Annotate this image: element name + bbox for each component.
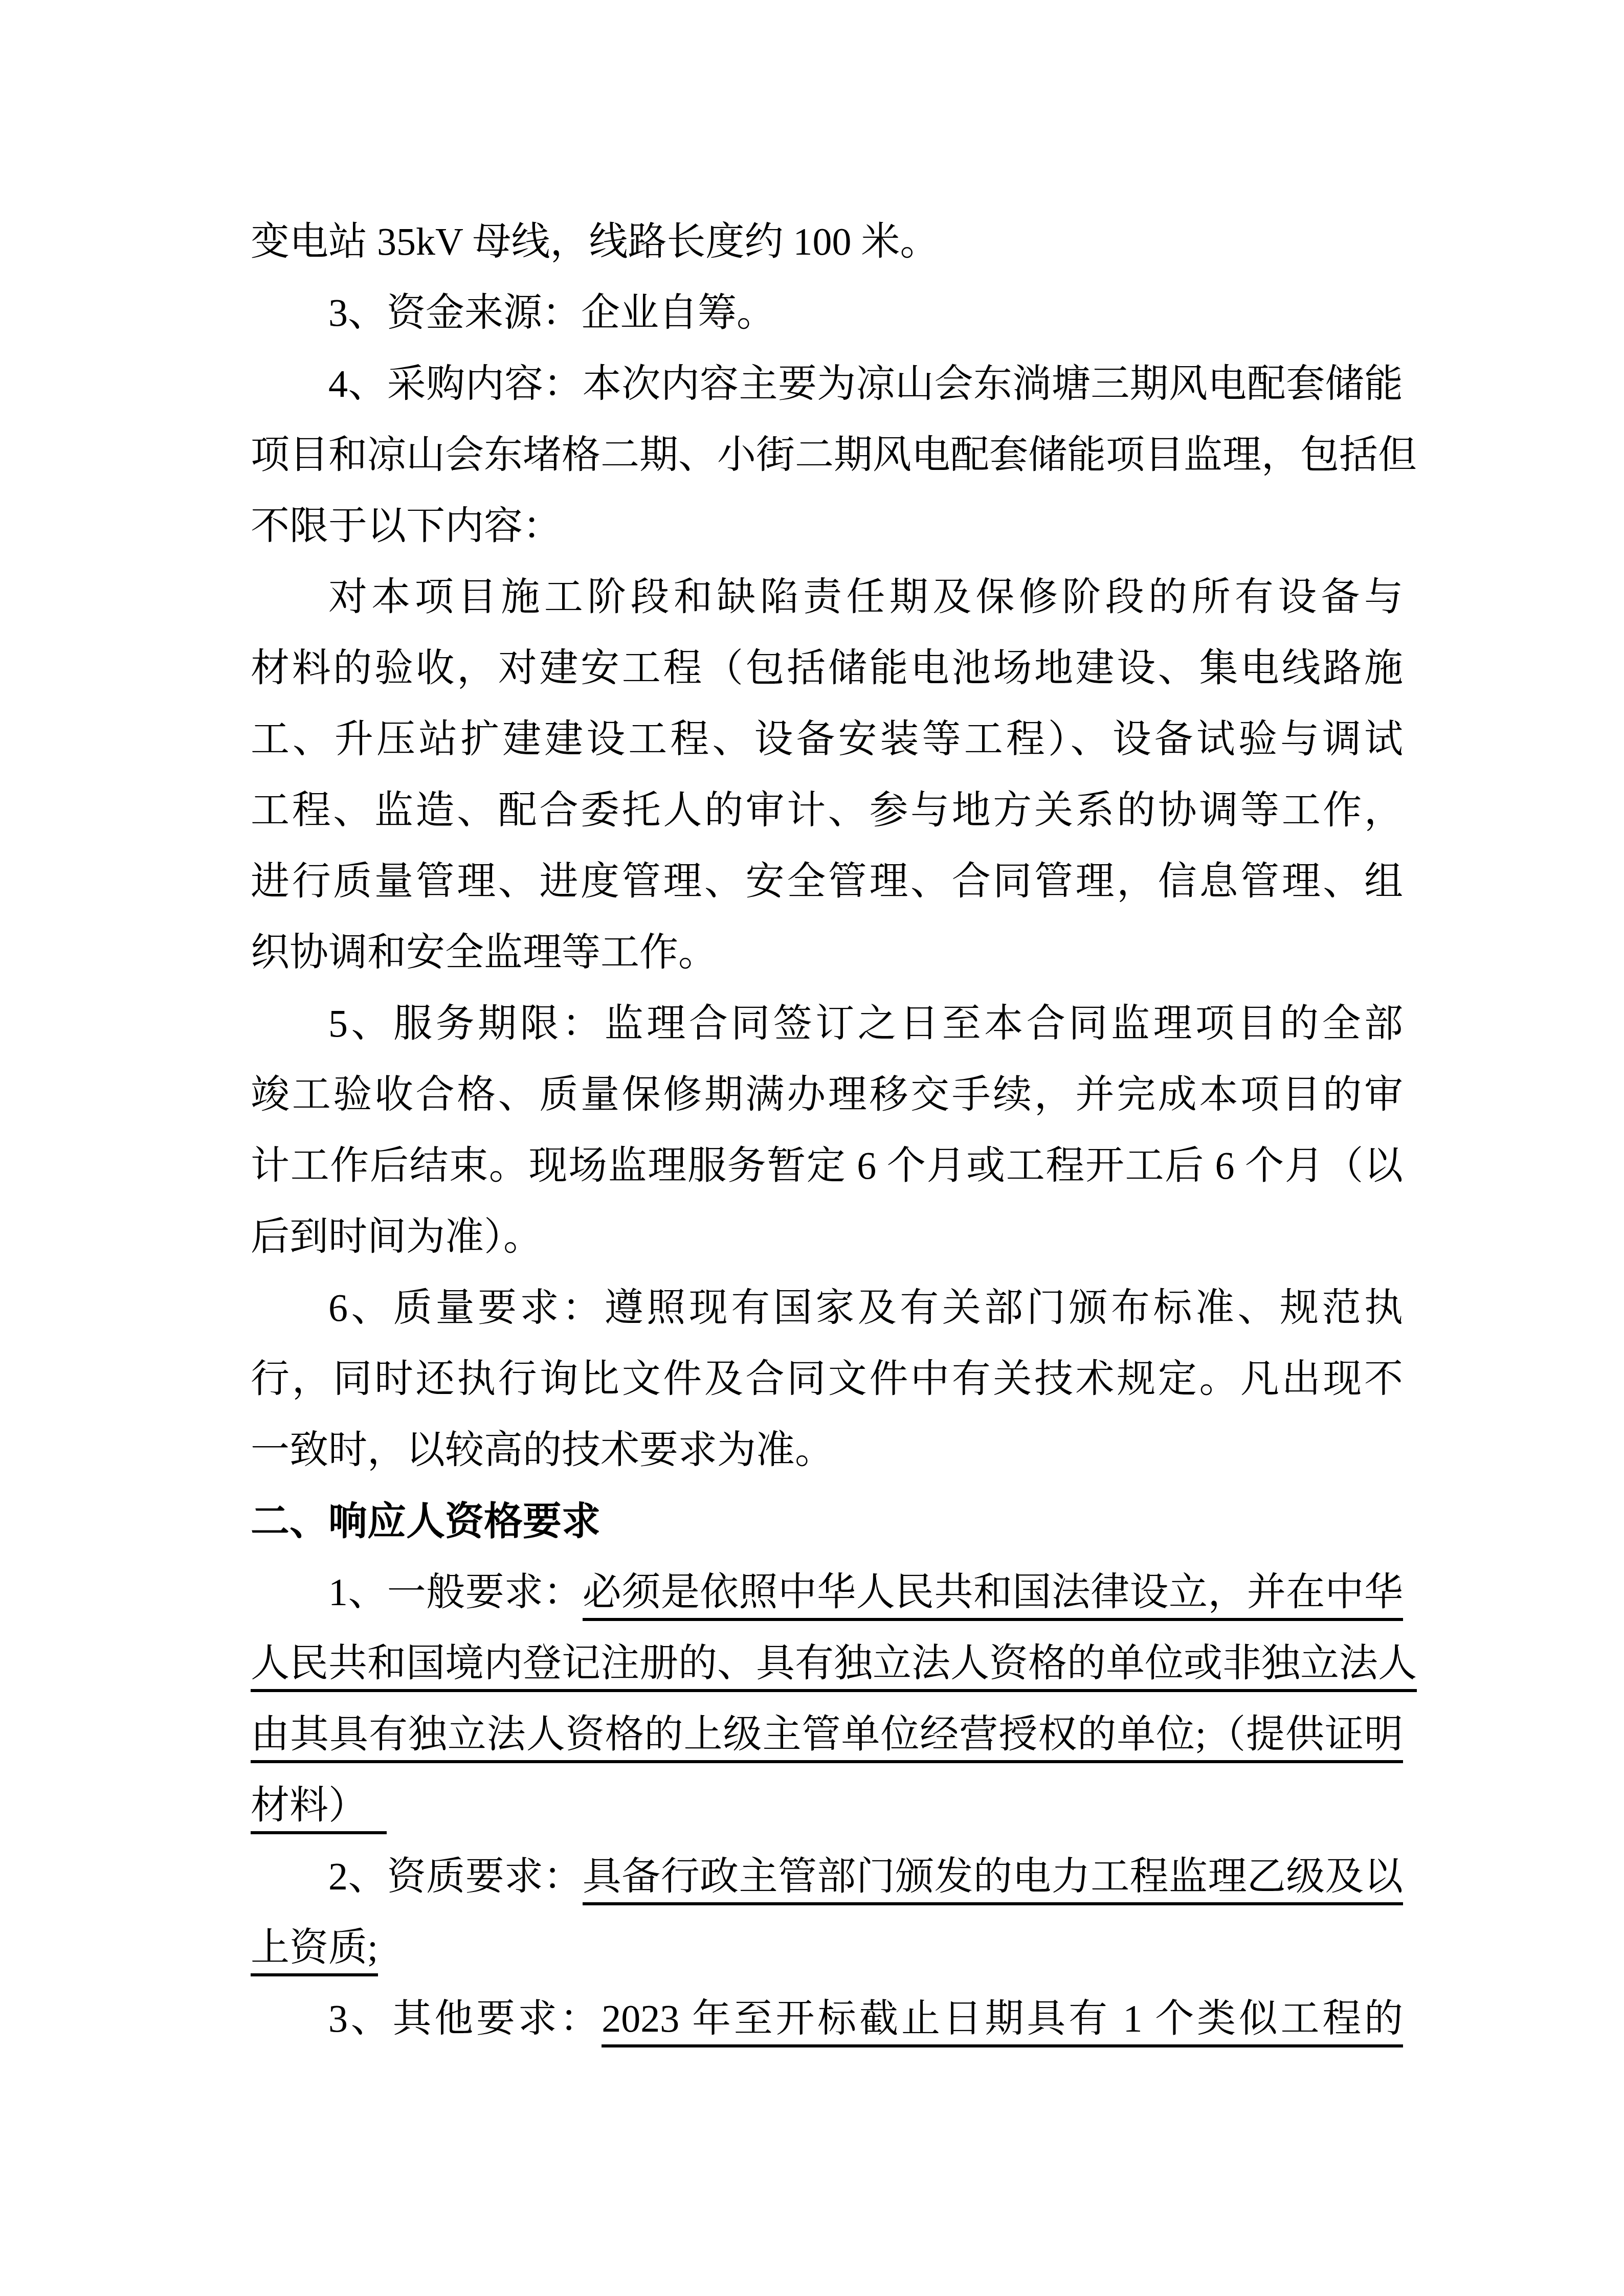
text-line: 行，同时还执行询比文件及合同文件中有关技术规定。凡出现不 <box>251 1344 1403 1415</box>
text-line: 工程、监造、配合委托人的审计、参与地方关系的协调等工作， <box>251 775 1403 846</box>
text-segment: 竣工验收合格、质量保修期满办理移交手续，并完成本项目的审 <box>251 1073 1403 1116</box>
text-line: 1、一般要求：必须是依照中华人民共和国法律设立，并在中华 <box>251 1557 1403 1628</box>
text-line: 工、升压站扩建建设工程、设备安装等工程）、设备试验与调试 <box>251 704 1403 775</box>
text-segment: 1、一般要求： <box>328 1571 583 1614</box>
text-line: 计工作后结束。现场监理服务暂定 6 个月或工程开工后 6 个月（以 <box>251 1131 1403 1202</box>
text-line: 4、采购内容：本次内容主要为凉山会东淌塘三期风电配套储能 <box>251 349 1403 420</box>
text-segment: 计工作后结束。现场监理服务暂定 6 个月或工程开工后 6 个月（以 <box>251 1144 1403 1187</box>
section-heading: 二、响应人资格要求 <box>251 1486 1403 1557</box>
text-segment: 后到时间为准）。 <box>251 1215 542 1258</box>
text-segment: 不限于以下内容： <box>251 505 562 548</box>
text-line: 5、服务期限：监理合同签订之日至本合同监理项目的全部 <box>251 988 1403 1060</box>
text-segment: 4、采购内容：本次内容主要为凉山会东淌塘三期风电配套储能 <box>328 363 1403 406</box>
text-line: 材料） <box>251 1770 1403 1841</box>
text-line: 3、其他要求：2023 年至开标截止日期具有 1 个类似工程的 <box>251 1984 1403 2055</box>
text-segment: 二、响应人资格要求 <box>251 1500 600 1543</box>
underlined-text-segment: 2023 年至开标截止日期具有 1 个类似工程的 <box>602 1997 1403 2047</box>
text-segment: 一致时，以较高的技术要求为准。 <box>251 1429 834 1472</box>
underlined-text-segment: 材料） <box>251 1784 387 1834</box>
text-line: 材料的验收，对建安工程（包括储能电池场地建设、集电线路施 <box>251 633 1403 704</box>
text-line: 6、质量要求：遵照现有国家及有关部门颁布标准、规范执 <box>251 1273 1403 1344</box>
text-segment: 进行质量管理、进度管理、安全管理、合同管理，信息管理、组 <box>251 860 1403 903</box>
text-line: 后到时间为准）。 <box>251 1202 1403 1273</box>
text-segment: 5、服务期限：监理合同签订之日至本合同监理项目的全部 <box>328 1002 1403 1045</box>
underlined-text-segment: 必须是依照中华人民共和国法律设立，并在中华 <box>583 1571 1403 1621</box>
text-segment: 变电站 35kV 母线，线路长度约 100 米。 <box>251 220 939 263</box>
text-segment: 材料的验收，对建安工程（包括储能电池场地建设、集电线路施 <box>251 647 1403 690</box>
underlined-text-segment: 上资质; <box>251 1926 378 1976</box>
text-segment: 2、资质要求： <box>328 1855 583 1898</box>
text-line: 2、资质要求：具备行政主管部门颁发的电力工程监理乙级及以 <box>251 1841 1403 1912</box>
text-line: 竣工验收合格、质量保修期满办理移交手续，并完成本项目的审 <box>251 1060 1403 1131</box>
text-segment: 行，同时还执行询比文件及合同文件中有关技术规定。凡出现不 <box>251 1358 1403 1401</box>
text-segment: 项目和凉山会东堵格二期、小街二期风电配套储能项目监理，包括但 <box>251 434 1417 477</box>
text-line: 项目和凉山会东堵格二期、小街二期风电配套储能项目监理，包括但 <box>251 420 1403 491</box>
text-line: 上资质; <box>251 1912 1403 1984</box>
text-line: 变电站 35kV 母线，线路长度约 100 米。 <box>251 207 1403 278</box>
text-segment: 3、其他要求： <box>328 1997 602 2040</box>
text-line: 由其具有独立法人资格的上级主管单位经营授权的单位;（提供证明 <box>251 1699 1403 1770</box>
underlined-text-segment: 具备行政主管部门颁发的电力工程监理乙级及以 <box>583 1855 1403 1905</box>
text-line: 织协调和安全监理等工作。 <box>251 917 1403 988</box>
text-line: 3、资金来源：企业自筹。 <box>251 278 1403 349</box>
text-segment: 对本项目施工阶段和缺陷责任期及保修阶段的所有设备与 <box>328 576 1403 619</box>
document-text-block: 变电站 35kV 母线，线路长度约 100 米。3、资金来源：企业自筹。4、采购… <box>251 207 1403 2055</box>
document-page: 变电站 35kV 母线，线路长度约 100 米。3、资金来源：企业自筹。4、采购… <box>0 0 1624 2296</box>
text-line: 对本项目施工阶段和缺陷责任期及保修阶段的所有设备与 <box>251 562 1403 633</box>
underlined-text-segment: 人民共和国境内登记注册的、具有独立法人资格的单位或非独立法人 <box>251 1642 1417 1692</box>
text-segment: 工程、监造、配合委托人的审计、参与地方关系的协调等工作， <box>251 789 1403 832</box>
text-line: 一致时，以较高的技术要求为准。 <box>251 1415 1403 1486</box>
text-segment: 织协调和安全监理等工作。 <box>251 931 717 974</box>
text-segment: 3、资金来源：企业自筹。 <box>328 291 775 334</box>
text-line: 不限于以下内容： <box>251 491 1403 562</box>
text-line: 进行质量管理、进度管理、安全管理、合同管理，信息管理、组 <box>251 846 1403 917</box>
text-segment: 工、升压站扩建建设工程、设备安装等工程）、设备试验与调试 <box>251 718 1403 761</box>
text-segment: 6、质量要求：遵照现有国家及有关部门颁布标准、规范执 <box>328 1287 1403 1330</box>
underlined-text-segment: 由其具有独立法人资格的上级主管单位经营授权的单位;（提供证明 <box>251 1713 1403 1763</box>
text-line: 人民共和国境内登记注册的、具有独立法人资格的单位或非独立法人 <box>251 1628 1403 1699</box>
